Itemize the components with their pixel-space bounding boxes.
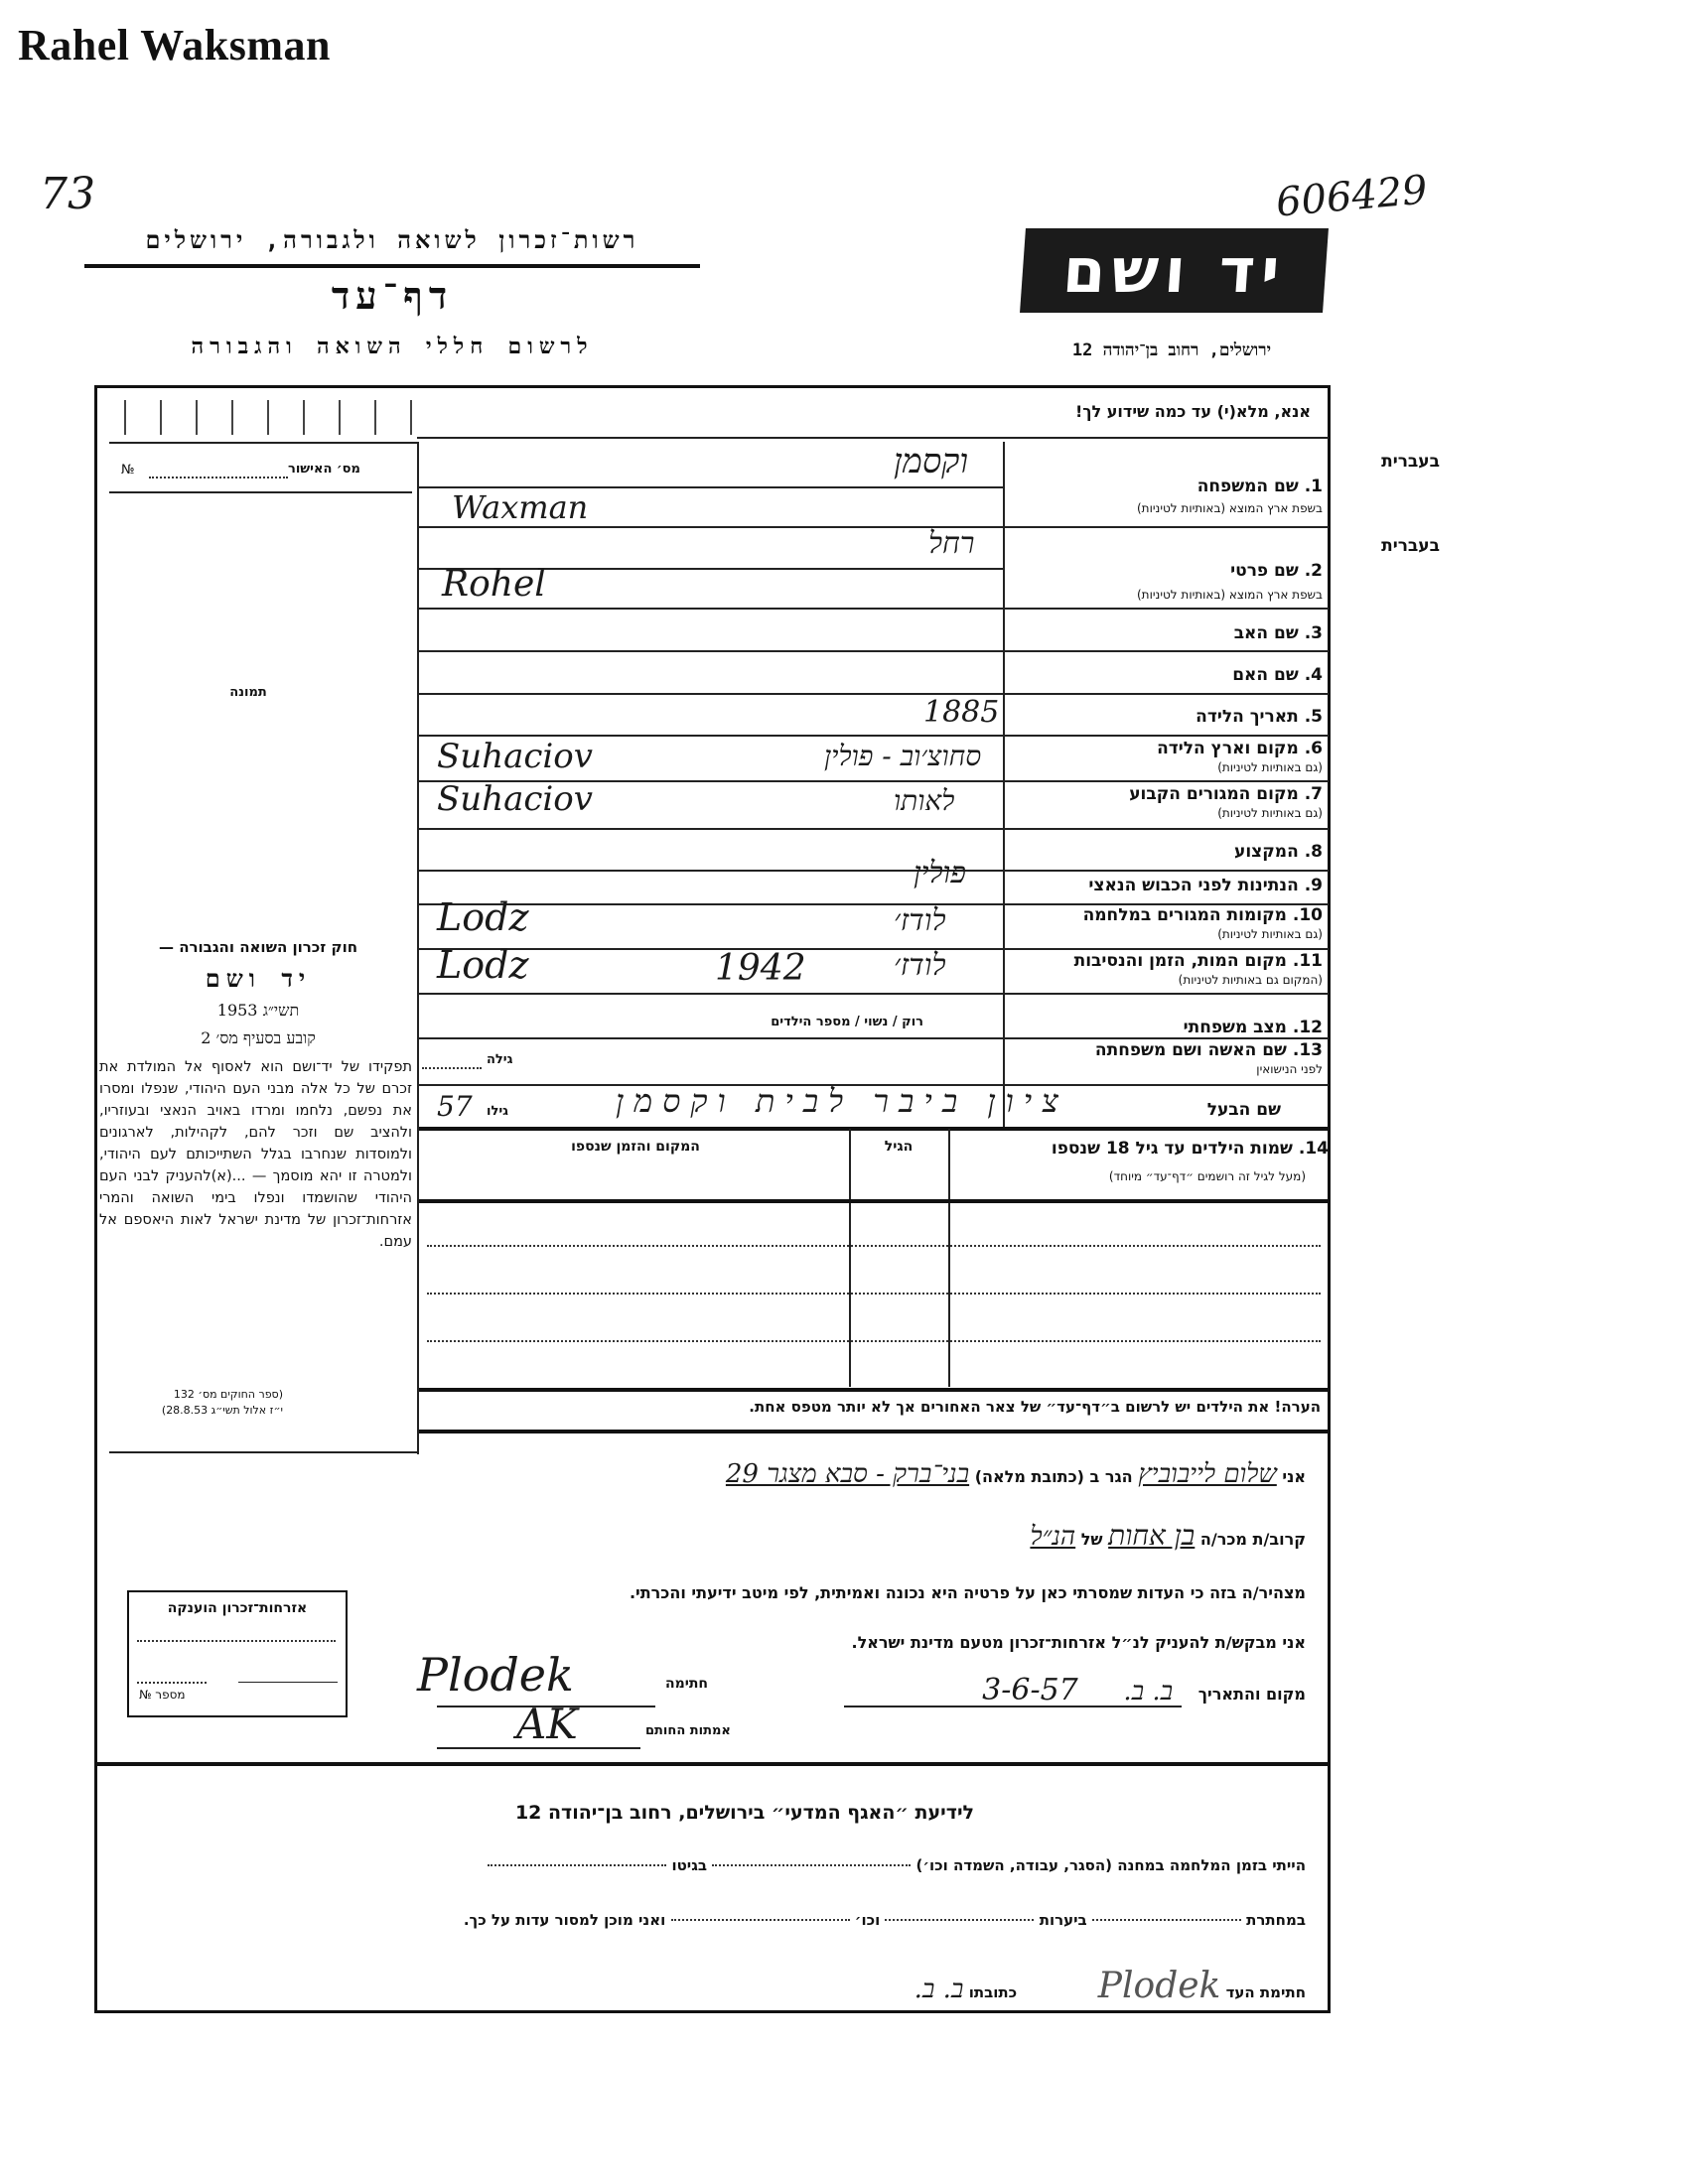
husband-name-value[interactable]: ציון ביבר לבית וקסמן	[616, 1082, 1068, 1120]
field-number: 12.	[1293, 1018, 1323, 1037]
stamp-line	[137, 1640, 336, 1642]
field-number: 1.	[1305, 477, 1323, 496]
field-label: המקצוע	[1234, 842, 1299, 862]
declarant-address[interactable]: בני־ברק - סבא מצגר 29	[726, 1459, 969, 1489]
field-7-value-hebrew[interactable]: לאותו	[894, 784, 954, 818]
divider	[419, 1388, 1329, 1392]
address: ירושלים, רחוב בן־יהודה 12	[1023, 341, 1321, 360]
bottom-heading: לידיעת ״האגף המדעי״ בירושלים, רחוב בן־יה…	[397, 1802, 1092, 1824]
authority-name: רשות־זכרון לשואה ולגבורה, ירושלים	[79, 226, 705, 255]
request-text: אני מבקש/ת להעניק לנ״ל אזרחות־זכרון מטעם…	[616, 1633, 1306, 1652]
declarant-name[interactable]: שלום לייבוביץ	[1138, 1459, 1277, 1489]
divider	[419, 1430, 1329, 1433]
bottom-line-2: במחתרת ביערות וכו׳ ואני מוכן למסור עדות …	[104, 1911, 1306, 1929]
field-3-label: 3. שם האב	[1234, 623, 1323, 643]
label-column-border	[1003, 442, 1005, 1127]
divider	[419, 526, 1329, 528]
husband-label: שם הבעל	[1207, 1100, 1281, 1120]
divider	[419, 1127, 1329, 1131]
declarant-prefix: אני	[1282, 1467, 1306, 1486]
declaration-text: מצהיר/ה בזה כי העדות שמסרתי כאן על פרטיה…	[417, 1583, 1306, 1602]
tick-marks	[124, 400, 422, 435]
field-2-value-hebrew[interactable]: רחל	[928, 526, 975, 561]
field-label: שם האם	[1232, 665, 1299, 685]
relation-of-value[interactable]: הנ״ל	[1030, 1522, 1075, 1552]
law-section: קובע בסעיף מס׳ 2	[109, 1028, 407, 1048]
field-label: שם האשה ושם משפחתה	[1095, 1040, 1287, 1060]
field-label: מקום וארץ הלידה	[1157, 739, 1299, 758]
field-6-value-latin[interactable]: Suhaciov	[437, 737, 593, 776]
etc-label: וכו׳	[855, 1911, 880, 1929]
annotation-top-left: 73	[40, 169, 95, 219]
of-label: של	[1081, 1530, 1103, 1549]
field-7-label: 7. מקום המגורים הקבוע	[1129, 784, 1323, 804]
stamp-title: אזרחות־זכרון הוענקה	[129, 1600, 346, 1616]
field-number: 4.	[1305, 665, 1323, 685]
declarant-line-2: קרוב/ת מכר/ה בן אחות של הנ״ל	[417, 1519, 1306, 1553]
field-6-value-hebrew[interactable]: סחוצ׳וב - פולין	[824, 740, 981, 773]
official-label: אמתות החותם	[645, 1723, 731, 1738]
witness-address-label: כתובתו	[969, 1983, 1017, 2001]
registration-no-label: №	[121, 463, 135, 478]
field-number: 7.	[1305, 784, 1323, 804]
scanned-document: 73 606429 רשות־זכרון לשואה ולגבורה, ירוש…	[0, 0, 1688, 2184]
date-underline	[844, 1706, 1182, 1707]
photo-placeholder: תמונה	[199, 685, 298, 700]
divider	[419, 948, 1329, 950]
field-1-sublabel: בשפת ארץ המוצא (באותיות לטיניות)	[1137, 501, 1323, 515]
field-2-hebrew-tag: בעברית	[1381, 536, 1440, 556]
field-1-value-hebrew[interactable]: וקסמן	[894, 442, 968, 481]
forests-field[interactable]	[885, 1919, 1034, 1921]
law-year: תשי״ג 1953	[109, 1001, 407, 1021]
children-row[interactable]	[427, 1340, 1321, 1342]
bottom-line-1: הייתי בזמן המלחמה במחנה (הסגר, עבודה, הש…	[104, 1856, 1306, 1874]
registration-label: מס׳ האישור	[288, 462, 360, 477]
declarant-line-1: אני שלום לייבוביץ הגר ב (כתובת מלאה) בני…	[377, 1459, 1306, 1489]
field-2-value-latin[interactable]: Rohel	[442, 564, 546, 605]
place-date-row: מקום והתאריך ב. ב. 3-6-57	[616, 1673, 1306, 1707]
divider	[419, 993, 1329, 995]
field-5-value[interactable]: 1885	[923, 695, 999, 730]
field-13-label: 13. שם האשה ושם משפחתה	[1095, 1040, 1323, 1060]
field-label: מצב משפחתי	[1184, 1018, 1287, 1037]
stamp-number-label: מספר №	[139, 1688, 186, 1702]
field-number: 10.	[1293, 905, 1323, 925]
stamp-line	[137, 1682, 207, 1684]
field-8-label: 8. המקצוע	[1234, 842, 1323, 862]
field-number: 13.	[1293, 1040, 1323, 1060]
ghetto-field[interactable]	[488, 1864, 666, 1866]
field-4-label: 4. שם האם	[1232, 665, 1323, 685]
law-text: תפקידו של יד־ושם הוא לאסוף אל המולדת את …	[99, 1056, 412, 1253]
field-6-sublabel: (גם באותיות לטיניות)	[1217, 760, 1323, 774]
field-label: שם המשפחה	[1197, 477, 1299, 496]
field-number: 3.	[1305, 623, 1323, 643]
divider	[417, 437, 1329, 439]
camp-field[interactable]	[712, 1864, 911, 1866]
date-value[interactable]: 3-6-57	[962, 1673, 1098, 1707]
divider	[96, 1762, 1329, 1766]
official-underline	[437, 1747, 640, 1749]
law-ref-2: י״ז אלול תשי״ג 28.8.53)	[104, 1404, 283, 1417]
declarant-address-label: הגר ב (כתובת מלאה)	[975, 1467, 1133, 1486]
field-11-value-hebrew[interactable]: לודז׳	[894, 948, 946, 983]
witness-signature-label: חתימת העד	[1226, 1983, 1306, 2001]
husband-age-value[interactable]: 57	[437, 1090, 473, 1123]
field-7-sublabel: (גם באותיות לטיניות)	[1217, 806, 1323, 820]
law-ref-1: (ספר החוקים מס׳ 132	[104, 1388, 283, 1401]
field-number: 8.	[1305, 842, 1323, 862]
field-13-age-label: גילה	[487, 1052, 512, 1067]
signature-label: חתימה	[665, 1676, 708, 1692]
field-number: 11.	[1293, 951, 1323, 971]
divider	[419, 828, 1329, 830]
field-1-label: 1. שם המשפחה	[1197, 477, 1323, 496]
divider	[109, 491, 412, 493]
field-label: תאריך הלידה	[1196, 707, 1299, 727]
children-row[interactable]	[427, 1293, 1321, 1295]
signature-value[interactable]: Plodek	[417, 1648, 574, 1702]
field-7-value-latin[interactable]: Suhaciov	[437, 779, 593, 819]
field-number: 5.	[1305, 707, 1323, 727]
law-title: חוק זכרון השואה והגבורה —	[109, 938, 407, 956]
underground-label: במחתרת	[1246, 1911, 1306, 1929]
children-label: 14. שמות הילדים עד גיל 18 שנספו	[1052, 1139, 1329, 1159]
annotation-top-right: 606429	[1274, 167, 1429, 225]
children-col-border	[948, 1129, 950, 1387]
field-label: שם פרטי	[1230, 561, 1299, 581]
divider	[419, 870, 1329, 872]
field-label: הנתינות לפני הכבוש הנאצי	[1088, 876, 1298, 895]
field-2-label: 2. שם פרטי	[1230, 561, 1323, 581]
children-sublabel: (מעל לגיל זה רושמים ״דף־עד״ מיוחד)	[1109, 1169, 1306, 1183]
stamp-line	[238, 1682, 338, 1683]
field-number: 2.	[1305, 561, 1323, 581]
instruction: אנא, מלא(י) עד כמה שידוע לך!	[1075, 402, 1311, 421]
header-rule	[84, 264, 700, 268]
place-date-label: מקום והתאריך	[1198, 1685, 1306, 1704]
field-10-value-hebrew[interactable]: לודז׳	[894, 903, 946, 938]
forests-label: ביערות	[1040, 1911, 1087, 1929]
field-11-sublabel: (המקום גם באותיות לטיניות)	[1179, 973, 1323, 987]
divider	[109, 442, 417, 444]
field-5-label: 5. תאריך הלידה	[1196, 707, 1323, 727]
children-col-border	[849, 1129, 851, 1387]
field-2-sublabel: בשפת ארץ המוצא (באותיות לטיניות)	[1137, 588, 1323, 602]
divider	[419, 1037, 1329, 1039]
children-col-place: המקום והזמן שנספו	[427, 1139, 844, 1155]
field-10-sublabel: (גם באותיות לטיניות)	[1217, 927, 1323, 941]
relation-label: קרוב/ת מכר/ה	[1200, 1530, 1306, 1549]
field-9-label: 9. הנתינות לפני הכבוש הנאצי	[1088, 876, 1323, 895]
form-name: דף־עד	[79, 274, 705, 319]
field-12-options[interactable]: רוק / נשוי / מספר הילדים	[626, 1015, 923, 1029]
field-6-label: 6. מקום וארץ הלידה	[1157, 739, 1323, 758]
field-label: מקום המות, הזמן והנסיבות	[1074, 951, 1287, 971]
camp-label: הייתי בזמן המלחמה במחנה (הסגר, עבודה, הש…	[916, 1856, 1306, 1874]
form-purpose: לרשום חללי השואה והגבורה	[79, 334, 705, 359]
law-name: יד ושם	[109, 965, 407, 994]
field-number: 9.	[1305, 876, 1323, 895]
field-1-hebrew-tag: בעברית	[1381, 452, 1440, 472]
testimony-statement: ואני מוכן למסור עדות על כך.	[464, 1911, 665, 1929]
divider	[419, 1199, 1329, 1203]
registration-line	[149, 477, 288, 478]
divider	[419, 608, 1329, 610]
witness-address[interactable]: ב. ב.	[824, 1975, 963, 2004]
husband-age-label: גילו	[487, 1104, 508, 1119]
field-12-label: 12. מצב משפחתי	[1184, 1018, 1323, 1037]
divider	[419, 650, 1329, 652]
field-11-value-year[interactable]: 1942	[715, 948, 806, 989]
field-label: מקום המגורים הקבוע	[1129, 784, 1299, 804]
field-9-value[interactable]: פולין	[914, 856, 966, 890]
field-number: 6.	[1305, 739, 1323, 758]
field-11-label: 11. מקום המות, הזמן והנסיבות	[1074, 951, 1323, 971]
field-10-label: 10. מקומות המגורים במלחמה	[1083, 905, 1323, 925]
relation-value[interactable]: בן אחות	[1108, 1519, 1195, 1552]
children-row[interactable]	[427, 1245, 1321, 1247]
citizenship-stamp-box: אזרחות־זכרון הוענקה מספר №	[127, 1590, 348, 1717]
field-10-value-latin[interactable]: Lodz	[437, 895, 528, 939]
note: הערה! את הילדים יש לרשום ב״דף־עד״ של צאר…	[749, 1398, 1321, 1416]
children-col-age: הגיל	[859, 1139, 938, 1155]
field-13-age-line	[422, 1067, 482, 1069]
underground-field[interactable]	[1092, 1919, 1241, 1921]
field-11-value-latin[interactable]: Lodz	[437, 943, 528, 987]
field-13-sublabel: לפני הנישואין	[1256, 1062, 1323, 1076]
field-label: שם האב	[1234, 623, 1299, 643]
place-value[interactable]: ב. ב.	[1103, 1677, 1193, 1706]
divider	[109, 1451, 417, 1453]
ghetto-label: בגיטו	[671, 1856, 707, 1874]
yad-vashem-logo: יד ושם	[1020, 228, 1329, 313]
field-1-value-latin[interactable]: Waxman	[452, 488, 588, 526]
divider	[419, 693, 1329, 695]
field-label: מקומות המגורים במלחמה	[1083, 905, 1287, 925]
etc-field[interactable]	[671, 1919, 850, 1921]
bottom-line-3: חתימת העד Plodek כתובתו ב. ב.	[596, 1966, 1306, 2006]
official-value[interactable]: AK	[516, 1700, 578, 1748]
witness-signature[interactable]: Plodek	[1022, 1966, 1220, 2006]
